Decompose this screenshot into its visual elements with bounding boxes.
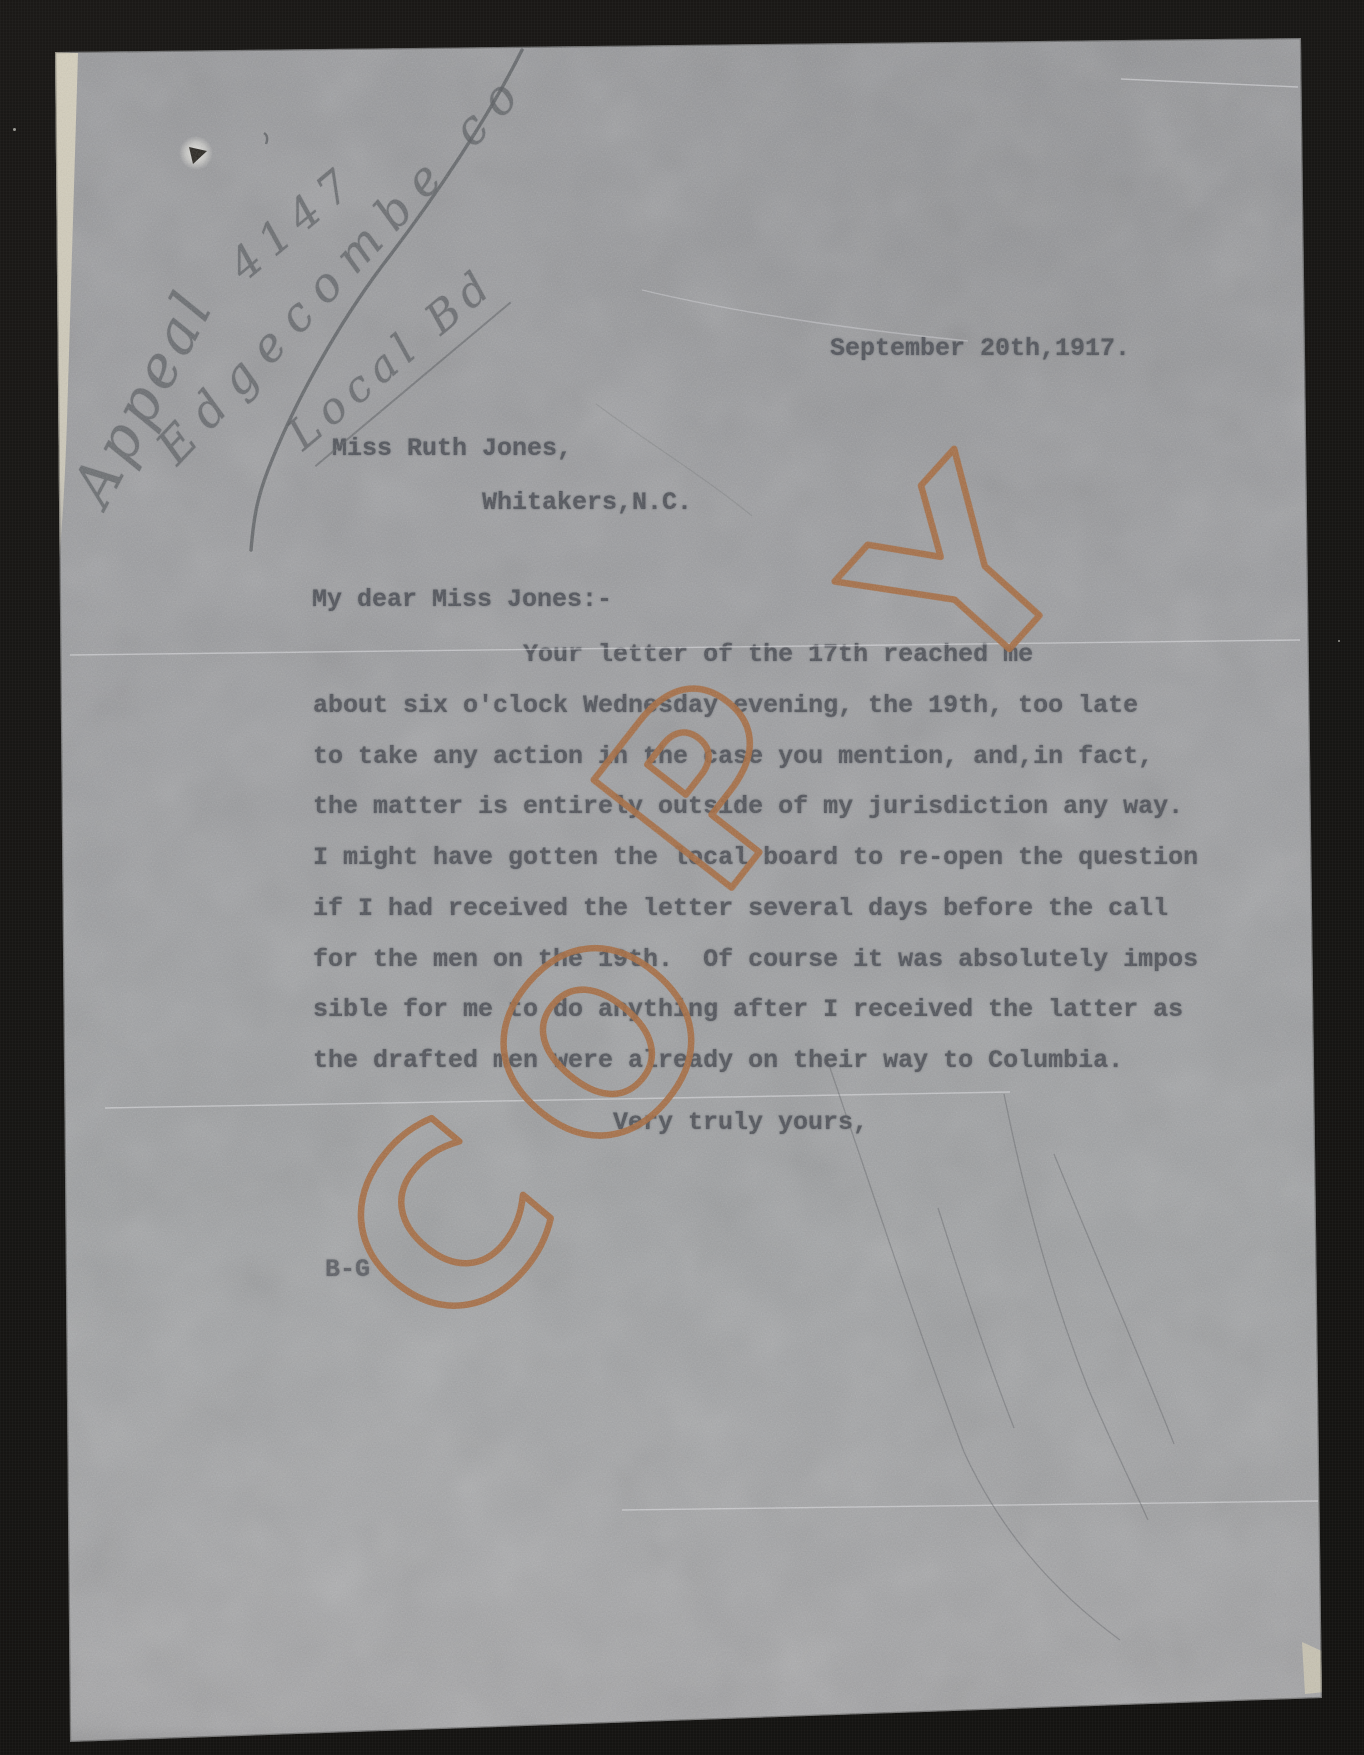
dust-speck (13, 128, 16, 131)
letter-paper: September 20th,1917. Miss Ruth Jones, Wh… (0, 0, 1364, 1755)
dust-speck (1338, 640, 1340, 642)
grain-texture (0, 0, 1364, 1755)
paper-grain-layer (0, 0, 1364, 1755)
scan-background: September 20th,1917. Miss Ruth Jones, Wh… (0, 0, 1364, 1755)
